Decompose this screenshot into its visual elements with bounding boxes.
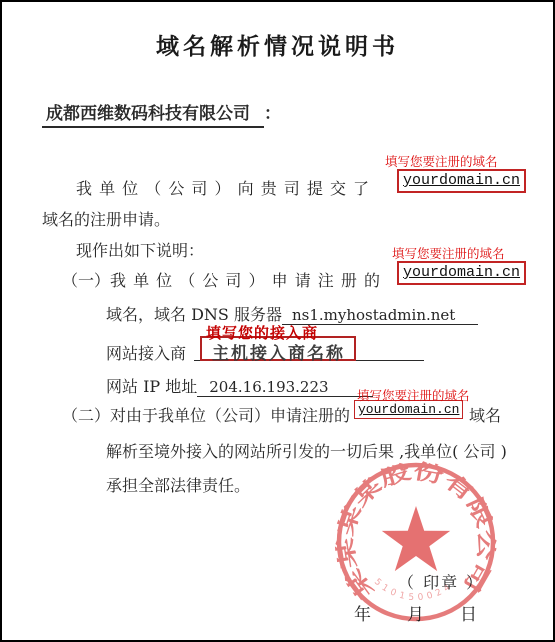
domain-fill-box-1: yourdomain.cn — [397, 169, 526, 193]
date-day-label: 日 — [460, 605, 477, 625]
ip-value: 204.16.193.223 — [197, 378, 373, 397]
intro-line-1: 我 单 位 （ 公 司 ） 向 贵 司 提 交 了 — [76, 176, 369, 199]
domain-value-3: yourdomain.cn — [358, 402, 459, 417]
intro-line-2: 域名的注册申请。 — [42, 207, 170, 230]
recipient-company-name: 成都西维数码科技有限公司 — [42, 104, 264, 128]
date-month-label: 月 — [407, 605, 424, 625]
date-line: 年月日 — [354, 600, 513, 625]
document-page: 域名解析情况说明书 成都西维数码科技有限公司： 填写您要注册的域名 我 单 位 … — [0, 0, 555, 642]
document-title: 域名解析情况说明书 — [2, 28, 553, 61]
domain-value-2: yourdomain.cn — [403, 264, 520, 281]
seal-star-icon — [382, 506, 450, 571]
ip-line: 网站 IP 地址204.16.193.223 — [106, 374, 373, 397]
isp-label: 网站接入商 — [106, 341, 186, 364]
recipient-line: 成都西维数码科技有限公司： — [42, 99, 281, 124]
annotation-domain-note-3: 填写您要注册的域名 — [357, 386, 470, 404]
item1-line-1: （一）我 单 位 （ 公 司 ） 申 请 注 册 的 — [62, 268, 380, 291]
item2-line-3: 承担全部法律责任。 — [106, 473, 250, 496]
domain-fill-box-2: yourdomain.cn — [397, 261, 526, 285]
ip-label: 网站 IP 地址 — [106, 377, 197, 396]
statement-heading: 现作出如下说明： — [76, 238, 204, 261]
item2-line-2: 解析至境外接入的网站所引发的一切后果 ,我单位( 公司 ) — [106, 439, 507, 462]
annotation-domain-note-2: 填写您要注册的域名 — [392, 244, 505, 262]
date-year-label: 年 — [354, 605, 371, 625]
recipient-colon: ： — [264, 104, 281, 124]
item2-line-1-suffix: 域名 — [469, 403, 501, 426]
domain-value-1: yourdomain.cn — [403, 172, 520, 189]
annotation-isp-note: 填写您的接入商 — [206, 322, 318, 343]
annotation-domain-note-1: 填写您要注册的域名 — [385, 152, 498, 170]
seal-placeholder-label: （ 印章 ） — [398, 570, 484, 593]
item2-line-1: （二）对由于我单位（公司）申请注册的 — [62, 403, 350, 426]
isp-value: 主机接入商名称 — [212, 344, 345, 364]
